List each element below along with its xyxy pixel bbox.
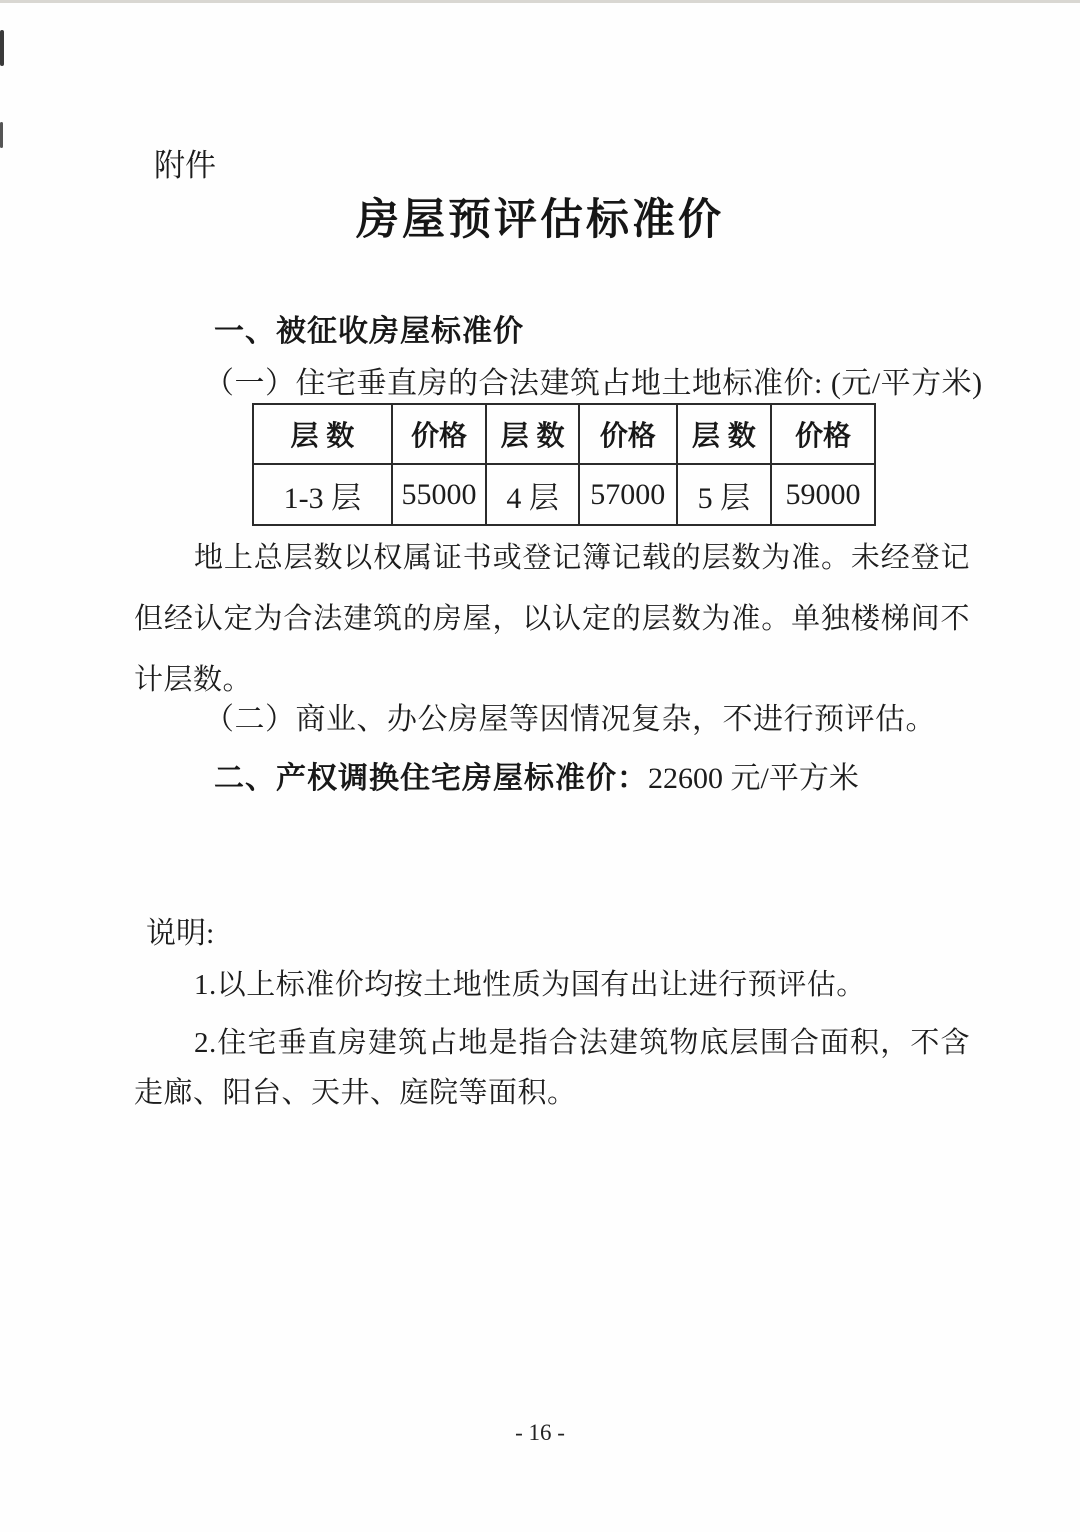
- note-item-2: 2.住宅垂直房建筑占地是指合法建筑物底层围合面积，不含走廊、阳台、天井、庭院等面…: [134, 1018, 970, 1118]
- table-cell-price-59000: 59000: [771, 464, 875, 525]
- table-cell-price-57000: 57000: [579, 464, 677, 525]
- table-header-cell-floors: 层 数: [677, 404, 772, 464]
- table-header-cell-price: 价格: [392, 404, 487, 464]
- attachment-label: 附件: [154, 146, 216, 186]
- floor-count-explanation: 地上总层数以权属证书或登记簿记载的层数为准。未经登记但经认定为合法建筑的房屋，以…: [134, 528, 970, 711]
- page-number: - 16 -: [0, 1420, 1080, 1446]
- scan-edge-artifact: [0, 0, 1080, 3]
- table-cell-floors-5: 5 层: [677, 464, 772, 525]
- section2-heading: 二、产权调换住宅房屋标准价：: [214, 762, 648, 795]
- note-item-1: 1.以上标准价均按土地性质为国有出让进行预评估。: [134, 964, 970, 1006]
- notes-label: 说明:: [146, 914, 214, 954]
- section1-heading: 一、被征收房屋标准价: [214, 312, 524, 352]
- table-cell-floors-1-3: 1-3 层: [253, 464, 392, 525]
- document-page: 附件 房屋预评估标准价 一、被征收房屋标准价 （一）住宅垂直房的合法建筑占地土地…: [0, 0, 1080, 1532]
- section1-subitem1-label: （一）住宅垂直房的合法建筑占地土地标准价: (元/平方米): [204, 364, 983, 404]
- table-cell-price-55000: 55000: [392, 464, 487, 525]
- scan-mark-artifact: [0, 122, 3, 148]
- section2-heading-line: 二、产权调换住宅房屋标准价：22600 元/平方米: [214, 758, 859, 800]
- document-title: 房屋预评估标准价: [0, 194, 1080, 248]
- scan-mark-artifact: [0, 30, 4, 66]
- table-header-cell-price: 价格: [771, 404, 875, 464]
- table-header-cell-floors: 层 数: [253, 404, 392, 464]
- table-cell-floors-4: 4 层: [486, 464, 579, 525]
- table-header-row: 层 数 价格 层 数 价格 层 数 价格: [253, 404, 875, 464]
- table-data-row: 1-3 层 55000 4 层 57000 5 层 59000: [253, 464, 875, 525]
- section2-price-value: 22600 元/平方米: [648, 762, 859, 795]
- table-header-cell-price: 价格: [579, 404, 677, 464]
- land-price-table: 层 数 价格 层 数 价格 层 数 价格 1-3 层 55000 4 层 570…: [252, 403, 876, 526]
- table-header-cell-floors: 层 数: [486, 404, 579, 464]
- section1-subitem2-label: （二）商业、办公房屋等因情况复杂，不进行预评估。: [204, 700, 936, 740]
